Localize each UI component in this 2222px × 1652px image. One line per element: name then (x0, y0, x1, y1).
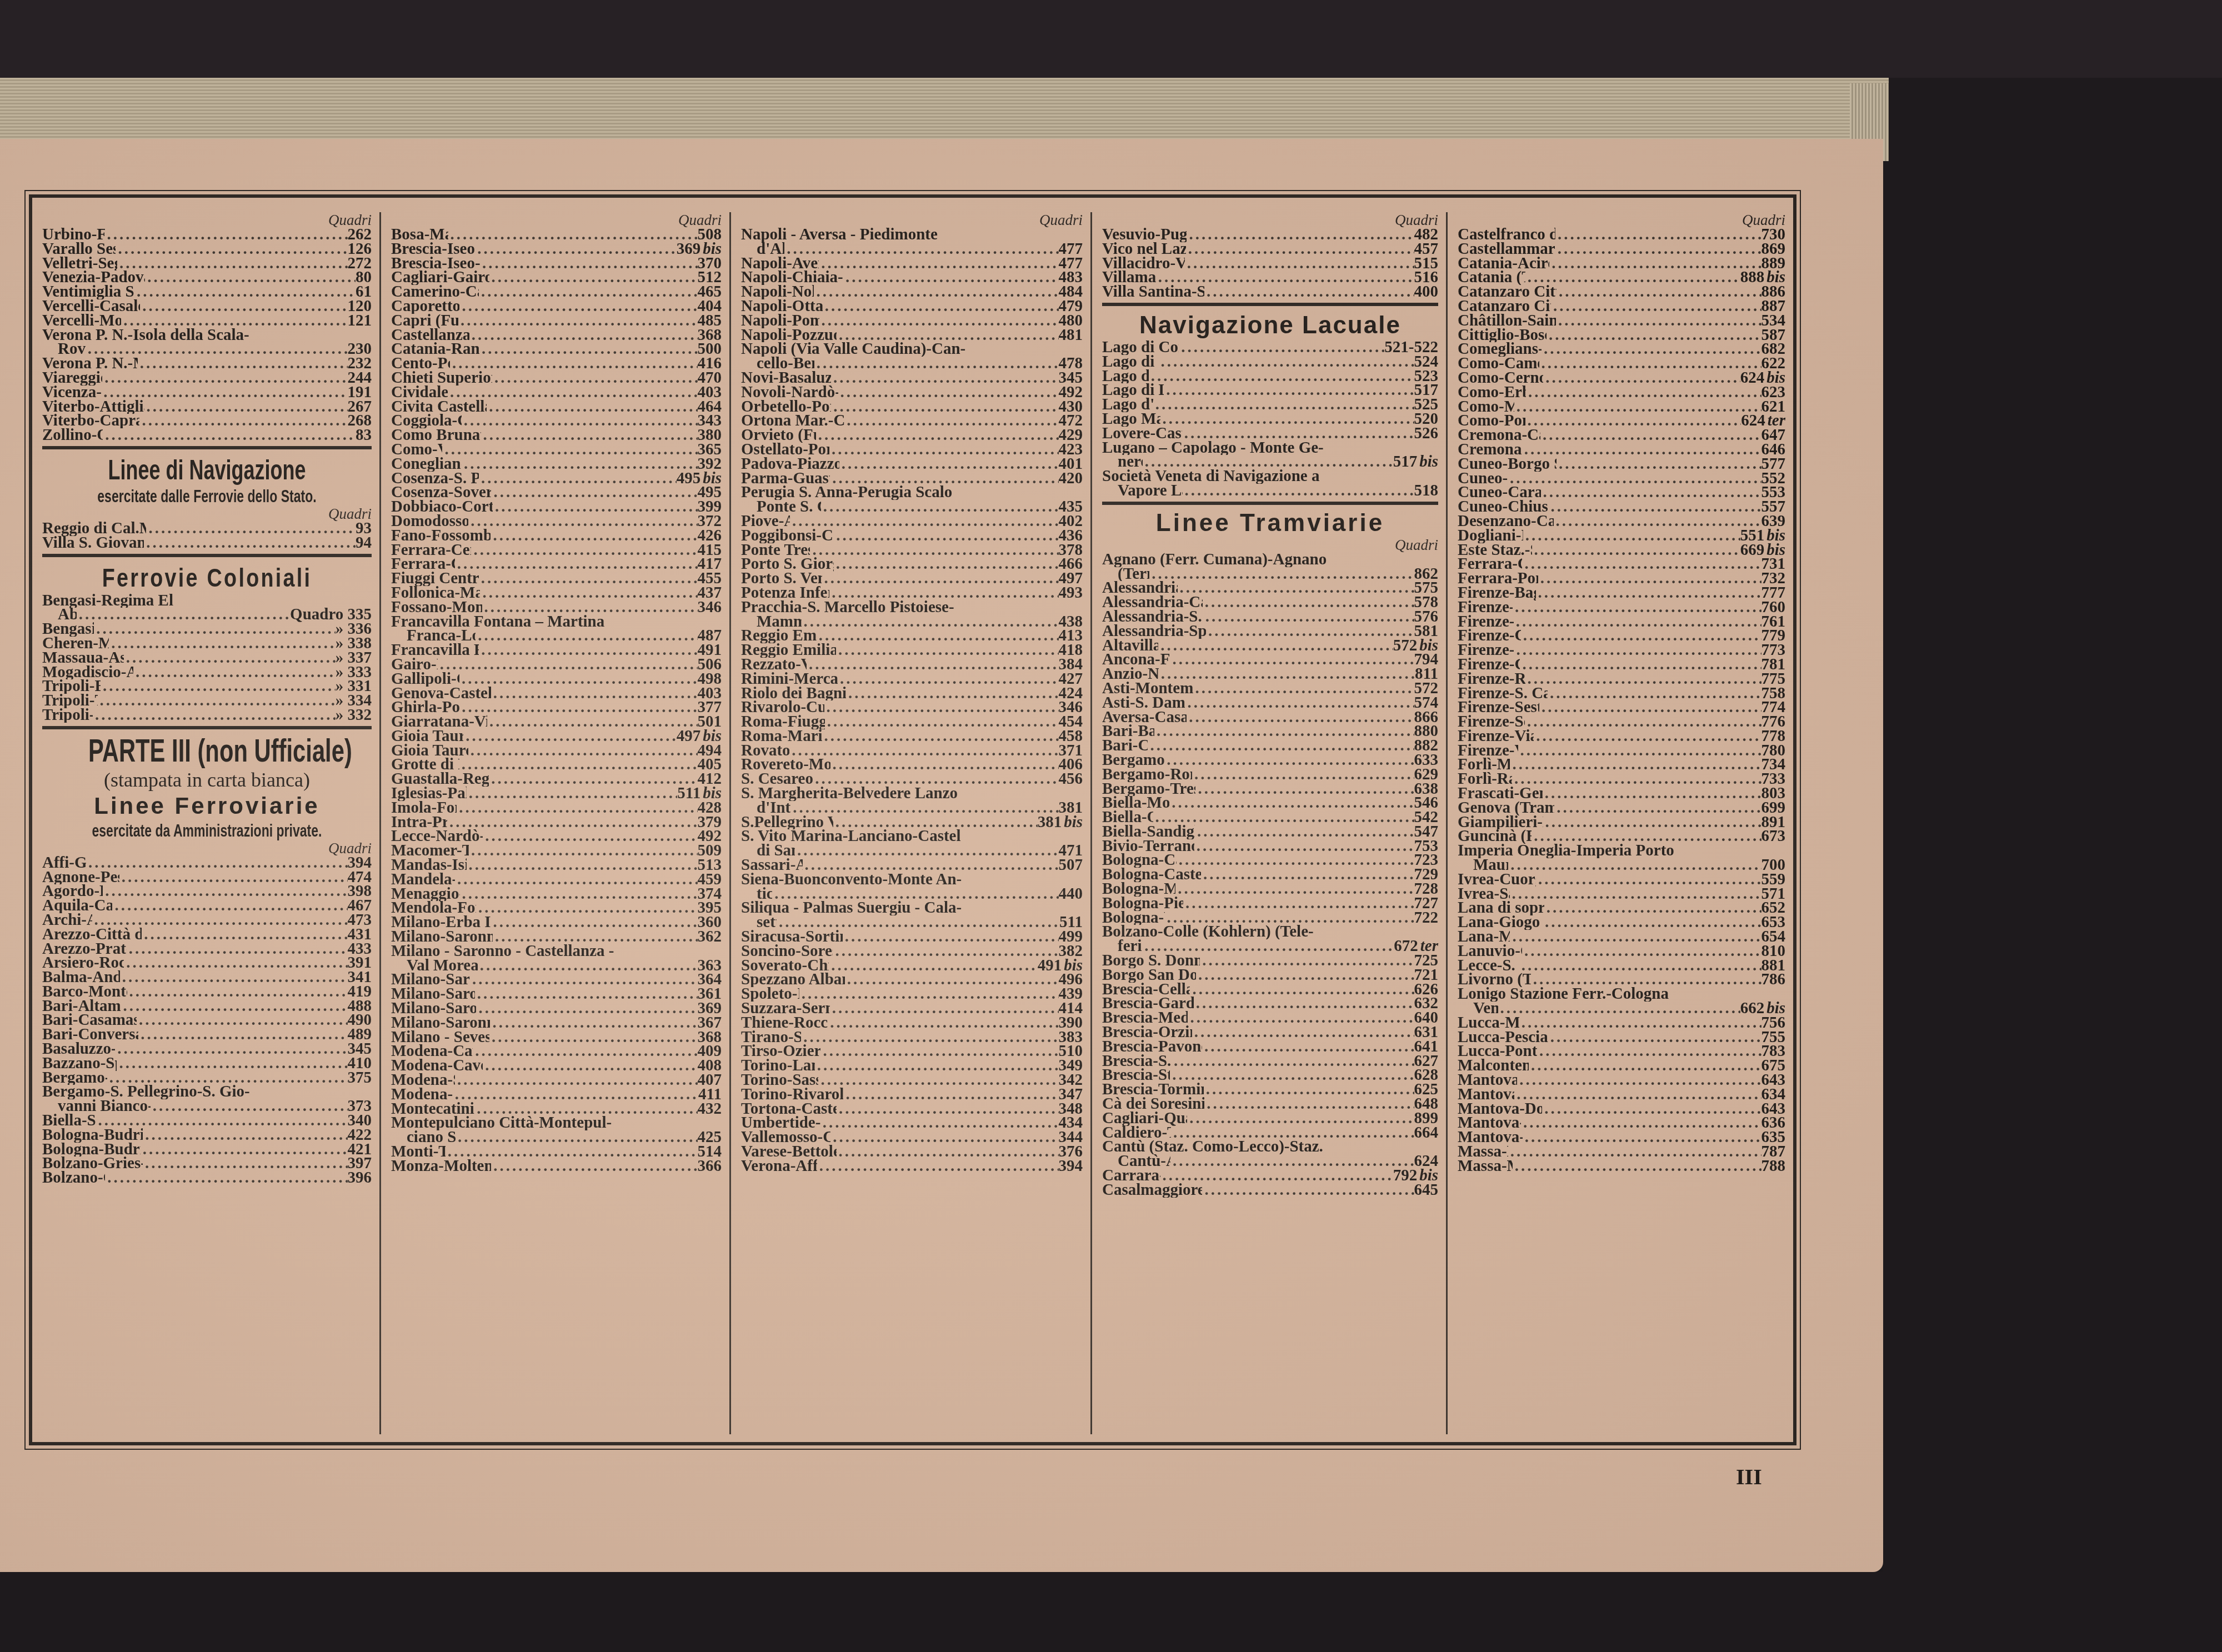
entry-route-name: Lana di sopra-Lana Postal (1458, 901, 1544, 915)
entry-route-name: Spezzano Albanese-Castrovillari (741, 973, 845, 987)
index-entry: Bosa-Macomer508 (391, 228, 722, 242)
index-entry: Firenze-Settignano776 (1458, 715, 1785, 729)
dot-leader (1193, 682, 1414, 696)
index-entry: Lecce-S. Cataldo881 (1458, 959, 1785, 973)
index-entry: Napoli-Ottaiano-Sarno479 (741, 299, 1083, 314)
entry-route-name: Firenze-Sesto Fiorentino (1458, 700, 1539, 715)
index-entry: Brescia-Medole-Mantova640 (1102, 1011, 1438, 1025)
dot-leader (101, 679, 336, 694)
entry-table-number: 369 (677, 242, 701, 257)
index-entry: Bari-Conversano-Locorotondo489 (42, 1028, 372, 1042)
entry-route-name: Arezzo-Città di Castello-Fossato (42, 928, 142, 942)
entry-route-name: Tirso-Ozieri-Chilivani (741, 1044, 820, 1059)
divider (42, 446, 372, 449)
index-entry: Bari-Altamura-Matera488 (42, 999, 372, 1014)
entry-route-name: Tortona-Castelnuovo Scrivia (741, 1102, 837, 1117)
entry-route-name: Varese-Bettole-Ghirla-Luino (741, 1145, 837, 1159)
index-entry: Cuneo-Chiusa Pesio (filovia)557 (1458, 500, 1785, 514)
index-entry: Villamar-Ales516 (1102, 271, 1438, 285)
entry-route-name: Parma-Guastalla-Suzzara (741, 472, 830, 486)
dot-leader (1508, 1145, 1761, 1159)
index-entry: Forlì-Ravenna733 (1458, 772, 1785, 787)
index-entry: Roma-Marina di Ostia458 (741, 729, 1083, 744)
index-entry: Novi-Basaluzzo-Frugarolo345 (741, 371, 1083, 386)
entry-route-name: Siena-Buonconvento-Monte An- (741, 873, 962, 887)
dot-leader (1200, 954, 1414, 968)
index-entry: Asti-Montemagno-Altavilla572 (1102, 682, 1438, 696)
dot-leader (814, 285, 1058, 299)
index-entry: Cremona-Ostiano646 (1458, 443, 1785, 457)
lake-navigation-heading: Navigazione Lacuale (1102, 311, 1438, 341)
dot-leader (1185, 696, 1414, 710)
index-entry: Bologna-Budrio-Massalombarda422 (42, 1128, 372, 1143)
quadri-header: Quadri (42, 212, 372, 228)
dot-leader (1160, 1169, 1393, 1183)
index-entry: Zollino-Otranto83 (42, 428, 372, 443)
entry-route-name: Modena-Sassuolo (391, 1073, 455, 1088)
dot-leader (1201, 868, 1414, 882)
dot-leader (777, 915, 1059, 930)
dot-leader (489, 1030, 697, 1045)
dot-leader (1538, 572, 1761, 586)
entry-route-name: Villa Santina-Staz. per la Carnia (1102, 285, 1204, 299)
entry-table-number: » 332 (336, 708, 372, 723)
dot-leader (493, 930, 698, 944)
index-entry: Montepulciano Città-Montepul- (391, 1116, 722, 1130)
dot-leader (838, 386, 1059, 400)
entry-route-name: Franca-Locorotondo (407, 629, 476, 643)
entry-route-name: Cuneo-Borgo S. Dalm.-Demonte (1458, 457, 1557, 472)
entry-route-name: Ivrea-Cuorgnè (filovia) (1458, 873, 1536, 887)
index-entry: Cuneo-Caraglio-Dronero553 (1458, 485, 1785, 500)
entry-route-name: Tirano-Sondrio (741, 1030, 801, 1045)
entry-route-name: Alessandria-S. Salvatore-Casale (1102, 610, 1203, 624)
dot-leader (489, 772, 697, 787)
index-entry: Veneta662bis (1458, 1002, 1785, 1016)
dot-leader (137, 1013, 348, 1028)
entry-route-name: (Terme) (1118, 567, 1149, 582)
index-entry: Mendola-Fondo-Dermulo395 (391, 901, 722, 915)
entry-route-name: Massa-Marina (1458, 1159, 1513, 1174)
entry-route-name: Giarratana-Vizzini Campagna (391, 715, 487, 729)
index-entry: Alessandria-S. Salvatore-Casale576 (1102, 610, 1438, 624)
index-entry: Soverato-Chiaravalle Centr.491bis (741, 959, 1083, 973)
index-entry: Bologna-Vignola722 (1102, 911, 1438, 925)
dot-leader (819, 257, 1058, 271)
index-entry: d'Intelvi381 (741, 801, 1083, 815)
entry-route-name: Domodossola-Locarno (391, 514, 468, 529)
index-entry: Brescia-Iseo (via Monterot.)369bis (391, 242, 722, 257)
entry-route-name: Urbino-Fabriano (42, 228, 105, 242)
entry-route-name: Cosenza-S. Pietro in Guarano (391, 472, 479, 486)
dot-leader (1170, 653, 1414, 667)
entry-route-name: Catania (Tramvie di) (1458, 271, 1525, 285)
entry-route-name: Ponte S. Giovanni (757, 500, 821, 514)
entry-route-name: Milano - Seveso S. P.- Camnago (391, 1030, 489, 1045)
entry-route-name: Milano-Saronno-Varese-Laveno (391, 1016, 490, 1030)
index-entry: Lovere-Castro-Pisogne526 (1102, 427, 1438, 441)
dot-leader (837, 1145, 1059, 1159)
entry-table-number: 420 (1059, 472, 1083, 486)
dot-leader (144, 536, 356, 550)
index-column-2: Quadri Bosa-Macomer508Brescia-Iseo (via … (381, 212, 731, 1434)
index-entry: Bologna-Budrio-Portomaggiore421 (42, 1143, 372, 1157)
entry-route-name: Cividale-Udine (391, 386, 448, 400)
entry-route-name: Umbertide-Todi-Terni (741, 1116, 820, 1130)
tramway-list: Agnano (Ferr. Cumana)-Agnano(Terme)862Al… (1102, 553, 1438, 1198)
entry-route-name: Vesuvio-Pugliano-Eremo (1102, 228, 1187, 242)
entry-route-name: Maurizio (1473, 858, 1508, 873)
dot-leader (124, 651, 336, 665)
dot-leader (1187, 710, 1414, 725)
entry-route-name: Fossano-Mondovì-Villanova (391, 600, 482, 615)
dot-leader (127, 985, 348, 999)
index-entry: Villa Santina-Staz. per la Carnia400 (1102, 285, 1438, 299)
dot-leader (1159, 667, 1415, 682)
index-entry: Bivio-Terranova Bracciolini753 (1102, 839, 1438, 854)
entry-route-name: Brescia-Cellatica-Gussago (1102, 983, 1190, 997)
entry-route-name: Verona P. N.-Isola della Scala- (42, 328, 249, 343)
divider (1102, 502, 1438, 505)
dot-leader (448, 386, 698, 400)
dot-leader (1204, 285, 1414, 299)
dot-leader (139, 414, 347, 428)
entry-table-number: 495 (677, 472, 701, 486)
dot-leader (459, 700, 697, 715)
index-entry: Milano-Saronno-Seregno.369 (391, 1002, 722, 1016)
dot-leader (844, 414, 1058, 428)
entry-route-name: Firenze-S. Casciano e Greve (1458, 687, 1548, 701)
index-entry: Orbetello-Porto S. Stefano430 (741, 400, 1083, 414)
entry-route-name: Zollino-Otranto (42, 428, 103, 443)
entry-table-number: 788 (1761, 1159, 1786, 1174)
dot-leader (480, 586, 697, 600)
entry-route-name: Castellammare Stabia-Sorrento (1458, 242, 1555, 257)
entry-route-name: Alessandria-Castelceriolo-Sale . (1102, 595, 1203, 610)
index-entry: Dobbiaco-Cortina d'Am.-Calalzo399 (391, 500, 722, 514)
dot-leader (453, 1088, 698, 1102)
dot-leader (1514, 643, 1761, 658)
entry-route-name: Soverato-Chiaravalle Centr. (741, 959, 829, 973)
entry-route-name: Ancona-Falconara (1102, 653, 1170, 667)
entry-route-name: Archi-Atessa (42, 913, 92, 928)
entry-route-name: Forlì-Meldola (1458, 758, 1510, 772)
index-entry: Ponte S. Giovanni435 (741, 500, 1083, 514)
entry-route-name: Modena-Cavezzo-Finale (391, 1044, 473, 1059)
entry-route-name: Bazzano-Spilamberto (42, 1057, 117, 1071)
entry-route-name: Bologna-Casalecchio (1102, 853, 1177, 868)
index-entry: Bologna-Castel S. Pietro-Imola729 (1102, 868, 1438, 882)
index-entry: Firenze-Grassina781 (1458, 658, 1785, 672)
dot-leader (816, 428, 1059, 443)
desk-background (0, 0, 2222, 78)
index-entry: Milano-Saronno-Como364 (391, 973, 722, 987)
dot-leader (1520, 658, 1761, 672)
index-entry: Mantova-Asola634 (1458, 1088, 1785, 1102)
entry-route-name: Firenze-Grassina (1458, 658, 1520, 672)
entry-route-name: Bolzano-Gries-Caldaro-Mendola (42, 1157, 143, 1171)
entry-route-name: Mantova-Viadana (1458, 1130, 1523, 1145)
index-entry: Siracusa-Sortino Fusco-Ragusa499 (741, 930, 1083, 944)
dot-leader (490, 1016, 697, 1030)
index-entry: Padova-Piazzola-Carmignano401 (741, 457, 1083, 472)
entry-route-name: S. Margherita-Belvedere Lanzo (741, 787, 958, 801)
entry-route-name: Ferrara-Codigoro (1458, 557, 1522, 572)
dot-leader (134, 285, 356, 299)
entry-route-name: Cosenza-Soveria M.-Decollatura (391, 485, 491, 500)
entry-route-name: Mandela-Subiaco (391, 873, 455, 887)
index-entry: Umbertide-Todi-Terni434 (741, 1116, 1083, 1130)
index-entry: Barco-Montecchio Emilia419 (42, 985, 372, 999)
entry-route-name: vanni Bianco-Piazza Brembana (58, 1099, 151, 1114)
index-entry: Napoli - Aversa - Piedimonte (741, 228, 1083, 242)
dot-leader (124, 956, 347, 970)
index-entry: Rovereto-Mori-Arco-Riva406 (741, 758, 1083, 772)
quadri-header: Quadri (1458, 212, 1785, 228)
index-entry: Poggibonsi-Colle Val d'Elsa436 (741, 529, 1083, 543)
page-number: III (1736, 1464, 1762, 1490)
dot-leader (455, 1073, 697, 1088)
dot-leader (1519, 1016, 1761, 1030)
entry-route-name: Bologna-Budrio-Massalombarda (42, 1128, 143, 1143)
index-entry: Orvieto (Funicolare)429 (741, 428, 1083, 443)
entry-route-name: Catanzaro Città-Pontegrande (1458, 299, 1551, 314)
entry-route-name: di Sangro (757, 844, 795, 858)
entry-route-name: Orbetello-Porto S. Stefano (741, 400, 831, 414)
entry-route-name: Reggio Emilia-Carpi (741, 629, 817, 643)
index-entry: Livorno (Tramvie di)786 (1458, 973, 1785, 987)
entry-route-name: Catania-Acireale (Belvedere) (1458, 257, 1549, 271)
entry-route-name: Brescia-Iseo (via Monterot.) (391, 242, 475, 257)
entry-route-name: Como-Camerlata-Cantù (1458, 357, 1539, 371)
entry-table-number: 491 (1038, 959, 1062, 973)
index-entry: Vico nel Lazio-Guarcino457 (1102, 242, 1438, 257)
dot-leader (1160, 412, 1414, 427)
index-entry: Torino-Lanzo-Ceres349 (741, 1059, 1083, 1073)
dot-leader (482, 600, 698, 615)
entry-route-name: Guncinà (Funicolare) (1458, 829, 1532, 844)
entry-route-name: Monti-Tempio (391, 1145, 446, 1159)
dot-leader (1204, 1097, 1414, 1112)
entry-route-name: Firenze-Settignano (1458, 715, 1525, 729)
entry-route-name: Milano-Erba Incino-Canzo Asso (391, 915, 491, 930)
index-entry: tico440 (741, 887, 1083, 902)
dot-leader (1532, 543, 1740, 558)
entry-route-name: Agnano (Ferr. Cumana)-Agnano (1102, 553, 1327, 567)
index-entry: Bologna-Casalecchio723 (1102, 853, 1438, 868)
dot-leader (467, 858, 698, 873)
dot-leader (476, 629, 697, 643)
dot-leader (1522, 944, 1761, 959)
index-entry: Novoli-Nardò-Tricase-Maglie492 (741, 386, 1083, 400)
entry-route-name: Altavilla-Casale (1102, 639, 1158, 653)
dot-leader (1188, 1011, 1414, 1025)
entry-route-name: Catanzaro Città-Catanzaro Sala (1458, 285, 1557, 299)
quadri-header: Quadri (42, 506, 372, 522)
dot-leader (830, 1130, 1058, 1145)
dot-leader (1143, 455, 1393, 469)
book-page: Quadri Urbino-Fabriano262Varallo Sesia-N… (0, 139, 1883, 1572)
index-entry: Rovigo230 (42, 342, 372, 357)
dot-leader (1194, 997, 1414, 1011)
dot-leader (479, 285, 698, 299)
entry-table-number: 366 (698, 1159, 722, 1174)
index-entry: Coggiola-Grignasco343 (391, 414, 722, 428)
dot-leader (1554, 514, 1761, 529)
index-entry: Bolzano-Gries-Caldaro-Mendola397 (42, 1157, 372, 1171)
dot-leader (833, 944, 1058, 959)
dot-leader (491, 1159, 697, 1174)
index-entry: Reggio Emilia-Carpi413 (741, 629, 1083, 643)
entry-route-name: Ferrara-Copparo (391, 557, 455, 572)
dot-leader (795, 844, 1059, 858)
entry-route-name: Gallipoli-Casarano (391, 672, 459, 687)
entry-route-name: Cà dei Soresini-S. Giov. in Croce (1102, 1097, 1204, 1112)
entry-route-name: Siracusa-Sortino Fusco-Ragusa (741, 930, 843, 944)
dot-leader (103, 428, 356, 443)
entry-table-number: 645 (1414, 1183, 1439, 1198)
entry-table-number: 456 (1059, 772, 1083, 787)
entry-route-name: Mendola-Fondo-Dermulo (391, 901, 476, 915)
dot-leader (772, 887, 1058, 902)
entry-route-name: Vallemosso-Cossato-Biella (741, 1130, 830, 1145)
entry-route-name: Guastalla-Reggio Em.-Sassuolo (391, 772, 489, 787)
entry-table-number: 440 (1059, 887, 1083, 902)
private-railway-list: Affi-Garda394Agnone-Pescolanciano474Agor… (42, 856, 372, 1185)
index-entry: Biella-Sandigliano-Borriana547 (1102, 825, 1438, 839)
index-entry: Cuneo-Borgo S. Dalm.-Demonte577 (1458, 457, 1785, 472)
index-entry: Ferrara-Pontelagoscuro732 (1458, 572, 1785, 586)
dot-leader (101, 386, 347, 400)
entry-route-name: Lago di Como .... Quadri (1102, 341, 1179, 355)
index-entry: Alessandria-Altavilla575 (1102, 581, 1438, 595)
index-entry: Verona P. N.-Isola della Scala- (42, 328, 372, 343)
index-entry: Venezia-Padova-Rovigo-Bologna80 (42, 271, 372, 285)
entry-route-name: Barco-Montecchio Emilia (42, 985, 127, 999)
index-entry: Cremona-Casalmaggiore647 (1458, 428, 1785, 443)
dot-leader (836, 643, 1059, 658)
index-entry: Genova (Tramvie elettriche di).699 (1458, 801, 1785, 815)
index-entry: Como-Mozzate621 (1458, 400, 1785, 414)
entry-route-name: Bosa-Macomer (391, 228, 448, 242)
entry-route-name: Milano-Saronno (Serv. completo) (391, 930, 493, 944)
dot-leader (1149, 567, 1414, 582)
entry-route-name: Firenze-Campi (1458, 615, 1514, 629)
dot-leader (1543, 915, 1761, 930)
index-entry: Massa-Forno787 (1458, 1145, 1785, 1159)
entry-route-name: Napoli-Ottaiano-Sarno (741, 299, 823, 314)
index-entry: Vicenza-Treviso191 (42, 386, 372, 400)
entry-route-name: Genova (Tramvie elettriche di). (1458, 801, 1554, 815)
dot-leader (1521, 1116, 1761, 1130)
dot-leader (1175, 882, 1414, 897)
index-entry: Lago d'Orta.525 (1102, 398, 1438, 412)
entry-route-name: Bergamo-Trescore-Bersaglio (1102, 782, 1195, 797)
entry-route-name: Fiuggi Centro-Fiuggi Città (391, 572, 479, 586)
index-entry: Spoleto-Norcia439 (741, 987, 1083, 1002)
dot-leader (448, 228, 698, 242)
dot-leader (1523, 529, 1740, 543)
dot-leader (1523, 1130, 1761, 1145)
index-entry: Napoli-Nola-Baiano484 (741, 285, 1083, 299)
entry-route-name: setta (757, 915, 777, 930)
index-entry: Capri (Funicolare)485 (391, 314, 722, 328)
index-entry: Catanzaro Città-Pontegrande887 (1458, 299, 1785, 314)
index-entry: Roma-Fiuggi-Frosinone454 (741, 715, 1083, 729)
index-entry: Rezzato-Vobarno384 (741, 658, 1083, 672)
index-entry: Ferrara-Cento-Modena415 (391, 543, 722, 558)
index-entry: Lucca-Maggiano756 (1458, 1016, 1785, 1030)
index-entry: Velletri-Segni Paliano272 (42, 257, 372, 271)
dot-leader (489, 271, 698, 285)
index-entry: Caldiero-Tregnago664 (1102, 1126, 1438, 1140)
entry-table-number: 526 (1414, 427, 1439, 441)
entry-route-name: Grotte di Postumia (391, 758, 459, 772)
index-entry: Gairo-Ierzu506 (391, 658, 722, 672)
dot-leader (459, 758, 698, 772)
index-entry: Lago di Lugano.517 (1102, 383, 1438, 398)
entry-route-name: Torino-Rivarolo-Castellamonte. (741, 1088, 843, 1102)
index-entry: Mantova-Viadana635 (1458, 1130, 1785, 1145)
entry-route-name: Como-Cernobbio-Maslianico (1458, 371, 1543, 386)
entry-route-name: Agordo-Bribano (42, 884, 103, 899)
dot-leader (820, 1044, 1058, 1059)
entry-route-name: tico (757, 887, 772, 902)
dot-leader (479, 643, 697, 658)
dot-leader (833, 815, 1038, 830)
index-entry: Châtillon-Saint Vincent (filovia)534 (1458, 314, 1785, 328)
dot-leader (1510, 887, 1761, 902)
index-entry: Casalmaggiore-Ponte Maiocche645 (1102, 1183, 1438, 1198)
entry-route-name: Como-Mozzate (1458, 400, 1514, 414)
index-entry: Francavilla Fontana – Martina (391, 615, 722, 629)
dot-leader (121, 314, 347, 328)
dot-leader (447, 815, 698, 830)
entry-route-name: Châtillon-Saint Vincent (filovia) (1458, 314, 1556, 328)
entry-route-name: Soncino-Soresina Cremona (741, 944, 833, 959)
entry-route-name: Milano - Saronno - Castellanza - (391, 944, 614, 959)
index-entry: Gioia Tauro-Seminara494 (391, 744, 722, 758)
entry-route-name: Porto S. Venere-Mileto (741, 572, 822, 586)
entry-route-name: Alessandria-Altavilla (1102, 581, 1178, 595)
index-entry: Affi-Garda394 (42, 856, 372, 870)
dot-leader (146, 522, 356, 536)
entry-route-name: Abiar (58, 608, 77, 622)
entry-route-name: Cremona-Ostiano (1458, 443, 1522, 457)
dot-leader (140, 299, 347, 314)
book-page-edges (0, 78, 1889, 144)
index-entry: Massa-Marina788 (1458, 1159, 1785, 1174)
index-entry: Vallemosso-Cossato-Biella344 (741, 1130, 1083, 1145)
dot-leader (1142, 939, 1394, 954)
dot-leader (1170, 1154, 1414, 1169)
entry-route-name: Venezia-Padova-Rovigo-Bologna (42, 271, 145, 285)
index-entry: Ancona-Falconara794 (1102, 653, 1438, 667)
index-entry: Mantova-Dosso del Corso643 (1458, 1102, 1785, 1117)
dot-leader (801, 1030, 1058, 1045)
dot-leader (119, 870, 348, 885)
entry-route-name: Castellanza-Val Morea (391, 328, 469, 343)
dot-leader (1534, 729, 1761, 744)
dot-leader (837, 1102, 1059, 1117)
index-entry: setta511 (741, 915, 1083, 930)
index-entry: Domodossola-Locarno372 (391, 514, 722, 529)
dot-leader (1514, 400, 1761, 414)
entry-route-name: Poggibonsi-Colle Val d'Elsa (741, 529, 834, 543)
index-entry: Ferrara-Codigoro731 (1458, 557, 1785, 572)
entry-route-name: Camerino-Castelraimondo (391, 285, 479, 299)
dot-leader (1557, 285, 1761, 299)
